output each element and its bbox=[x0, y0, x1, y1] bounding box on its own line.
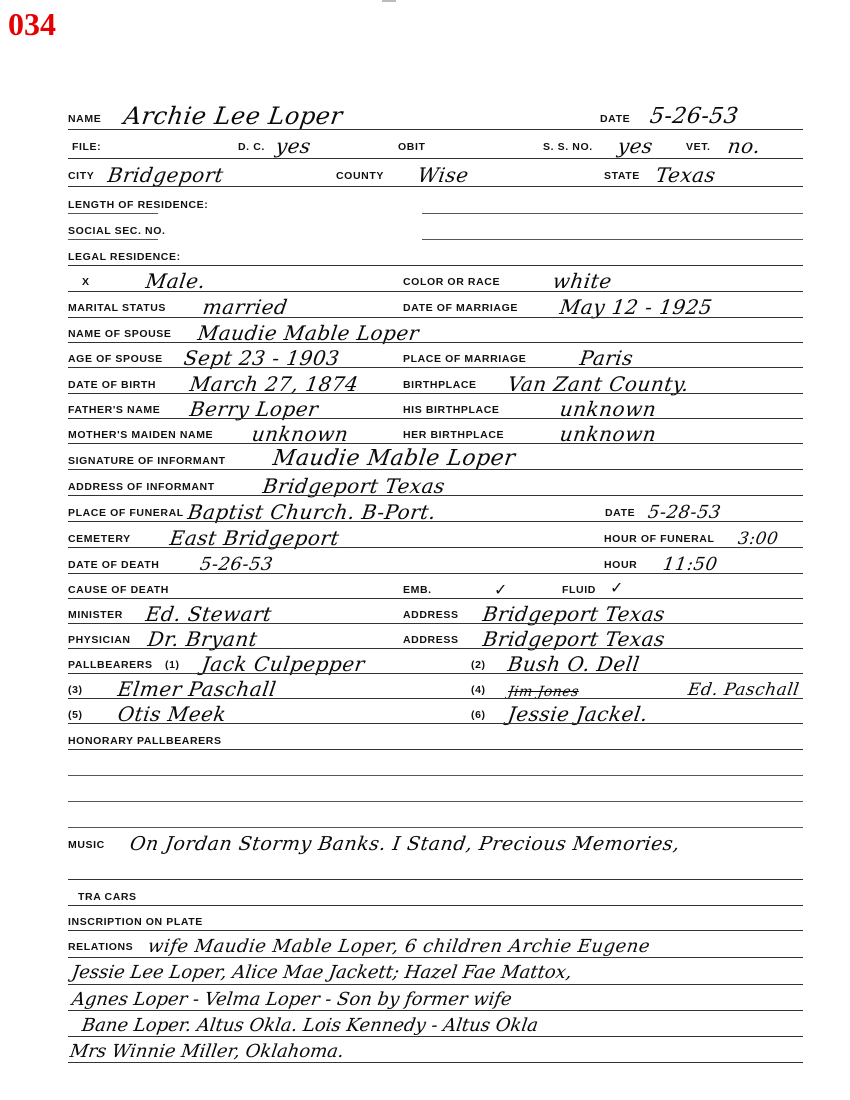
birthplace-label: BIRTHPLACE bbox=[403, 379, 477, 391]
relations-line-2: Jessie Lee Loper, Alice Mae Jackett; Haz… bbox=[71, 962, 574, 983]
row-marital: MARITAL STATUS married DATE OF MARRIAGE … bbox=[68, 295, 803, 317]
row-file: FILE: D. C. yes OBIT S. S. NO. yes VET. … bbox=[68, 134, 803, 156]
rule bbox=[68, 443, 803, 444]
row-city: CITY Bridgeport COUNTY Wise STATE Texas bbox=[68, 163, 803, 185]
rule bbox=[68, 598, 803, 599]
county-value: Wise bbox=[417, 165, 471, 185]
informant-address-label: ADDRESS OF INFORMANT bbox=[68, 481, 215, 493]
rule bbox=[68, 573, 803, 574]
rule bbox=[68, 879, 803, 880]
pallbearer-1-number: (1) bbox=[165, 659, 180, 671]
physician-address-value: Bridgeport Texas bbox=[482, 629, 667, 649]
informant-address-value: Bridgeport Texas bbox=[262, 476, 447, 496]
row-name: NAME Archie Lee Loper DATE 5-26-53 bbox=[68, 106, 803, 128]
obit-label: OBIT bbox=[398, 141, 425, 153]
pallbearer-2-number: (2) bbox=[471, 659, 486, 671]
pallbearer-5-name: Otis Meek bbox=[117, 704, 228, 724]
age-of-spouse-label: AGE OF SPOUSE bbox=[68, 353, 163, 365]
row-length-of-residence: LENGTH OF RESIDENCE: bbox=[68, 192, 803, 214]
pallbearer-6-name: Jessie Jackel. bbox=[507, 704, 650, 724]
rule bbox=[68, 521, 803, 522]
legal-residence-label: LEGAL RESIDENCE: bbox=[68, 251, 181, 263]
rule bbox=[68, 1036, 803, 1037]
his-birthplace-value: unknown bbox=[559, 399, 658, 419]
dc-label: D. C. bbox=[238, 141, 265, 153]
row-spouse: NAME OF SPOUSE Maudie Mable Loper bbox=[68, 321, 803, 343]
emb-check-mark: ✓ bbox=[494, 580, 507, 599]
row-pallbearers-5-6: (5) Otis Meek (6) Jessie Jackel. bbox=[68, 702, 803, 724]
rule bbox=[68, 418, 803, 419]
row-music: MUSIC On Jordan Stormy Banks. I Stand, P… bbox=[68, 832, 803, 854]
place-of-funeral-label: PLACE OF FUNERAL bbox=[68, 507, 184, 519]
rule bbox=[68, 1062, 803, 1063]
informant-signature-label: SIGNATURE OF INFORMANT bbox=[68, 455, 226, 467]
honorary-pallbearers-label: HONORARY PALLBEARERS bbox=[68, 735, 222, 747]
date-of-death-value: 5-26-53 bbox=[199, 556, 274, 574]
row-age-spouse: AGE OF SPOUSE Sept 23 - 1903 PLACE OF MA… bbox=[68, 346, 803, 368]
minister-address-label: ADDRESS bbox=[403, 609, 459, 621]
row-mother: MOTHER'S MAIDEN NAME unknown HER BIRTHPL… bbox=[68, 422, 803, 444]
rule bbox=[68, 749, 803, 750]
row-inscription: INSCRIPTION ON PLATE bbox=[68, 909, 803, 931]
row-pallbearers-1-2: PALLBEARERS (1) Jack Culpepper (2) Bush … bbox=[68, 652, 803, 674]
state-value: Texas bbox=[655, 165, 717, 185]
name-label: NAME bbox=[68, 113, 101, 125]
row-cemetery: CEMETERY East Bridgeport HOUR OF FUNERAL… bbox=[68, 526, 803, 548]
informant-signature-value: Maudie Mable Loper bbox=[271, 448, 516, 470]
hour-of-funeral-value: 3:00 bbox=[737, 531, 780, 548]
rule bbox=[68, 930, 803, 931]
pallbearer-3-name: Elmer Paschall bbox=[117, 679, 278, 699]
music-value: On Jordan Stormy Banks. I Stand, Preciou… bbox=[129, 835, 681, 854]
row-minister: MINISTER Ed. Stewart ADDRESS Bridgeport … bbox=[68, 602, 803, 624]
row-honorary-pallbearers: HONORARY PALLBEARERS bbox=[68, 728, 803, 750]
music-label: MUSIC bbox=[68, 839, 105, 851]
date-value: 5-26-53 bbox=[648, 106, 739, 128]
physician-value: Dr. Bryant bbox=[147, 629, 259, 649]
rule bbox=[68, 623, 803, 624]
sex-label: X bbox=[82, 276, 90, 288]
fluid-check-mark: ✓ bbox=[610, 578, 623, 597]
vet-label: VET. bbox=[686, 141, 711, 153]
name-value: Archie Lee Loper bbox=[122, 104, 344, 128]
pallbearer-5-number: (5) bbox=[68, 709, 83, 721]
rule bbox=[68, 648, 803, 649]
rule bbox=[68, 801, 803, 802]
relations-line-3: Agnes Loper - Velma Loper - Son by forme… bbox=[71, 989, 514, 1010]
row-legal-residence: LEGAL RESIDENCE: bbox=[68, 244, 803, 266]
row-relations: RELATIONS wife Maudie Mable Loper, 6 chi… bbox=[68, 934, 803, 956]
rule bbox=[68, 775, 803, 776]
marital-status-label: MARITAL STATUS bbox=[68, 302, 166, 314]
date-label: DATE bbox=[600, 113, 630, 125]
color-race-label: COLOR OR RACE bbox=[403, 276, 500, 288]
dc-value: yes bbox=[275, 136, 313, 156]
rule bbox=[68, 469, 803, 470]
rule bbox=[68, 698, 803, 699]
age-of-spouse-value: Sept 23 - 1903 bbox=[183, 348, 341, 368]
row-date-of-death: DATE OF DEATH 5-26-53 HOUR 11:50 bbox=[68, 552, 803, 574]
cemetery-value: East Bridgeport bbox=[169, 528, 341, 548]
city-label: CITY bbox=[68, 170, 94, 182]
minister-label: MINISTER bbox=[68, 609, 123, 621]
rule bbox=[68, 723, 803, 724]
pallbearer-3-number: (3) bbox=[68, 684, 83, 696]
rule bbox=[68, 957, 803, 958]
relations-line-4: Bane Loper. Altus Okla. Lois Kennedy - A… bbox=[81, 1015, 540, 1036]
date-of-birth-label: DATE OF BIRTH bbox=[68, 379, 156, 391]
marital-status-value: married bbox=[202, 297, 289, 317]
hour-of-funeral-label: HOUR OF FUNERAL bbox=[604, 533, 715, 545]
rule bbox=[68, 342, 803, 343]
file-label: FILE: bbox=[72, 141, 101, 153]
hour-label: HOUR bbox=[604, 559, 637, 571]
pallbearers-label: PALLBEARERS bbox=[68, 659, 153, 671]
rule bbox=[68, 186, 803, 187]
rule bbox=[422, 239, 803, 240]
row-funeral-place: PLACE OF FUNERAL Baptist Church. B-Port.… bbox=[68, 500, 803, 522]
emb-label: EMB. bbox=[403, 584, 432, 596]
rule bbox=[68, 547, 803, 548]
row-social-sec: SOCIAL SEC. NO. bbox=[68, 218, 803, 240]
rule bbox=[68, 393, 803, 394]
rule bbox=[68, 291, 803, 292]
sex-value: Male. bbox=[145, 271, 207, 291]
county-label: COUNTY bbox=[336, 170, 384, 182]
row-informant-address: ADDRESS OF INFORMANT Bridgeport Texas bbox=[68, 474, 803, 496]
mothers-maiden-name-label: MOTHER'S MAIDEN NAME bbox=[68, 429, 213, 441]
pallbearer-4-struck-name: Jim Jones bbox=[507, 685, 580, 699]
ss-no-value: yes bbox=[617, 136, 655, 156]
minister-value: Ed. Stewart bbox=[145, 604, 274, 624]
date-of-marriage-value: May 12 - 1925 bbox=[559, 297, 714, 317]
his-birthplace-label: HIS BIRTHPLACE bbox=[403, 404, 500, 416]
fluid-label: FLUID bbox=[562, 584, 596, 596]
row-father: FATHER'S NAME Berry Loper HIS BIRTHPLACE… bbox=[68, 397, 803, 419]
pallbearer-4-name: Ed. Paschall bbox=[687, 682, 801, 699]
rule bbox=[68, 213, 158, 214]
cemetery-label: CEMETERY bbox=[68, 533, 131, 545]
rule bbox=[68, 905, 803, 906]
spouse-value: Maudie Mable Loper bbox=[197, 323, 421, 343]
her-birthplace-label: HER BIRTHPLACE bbox=[403, 429, 504, 441]
rule bbox=[68, 158, 803, 159]
color-race-value: white bbox=[552, 271, 614, 291]
vet-value: no. bbox=[727, 136, 762, 156]
ss-no-label: S. S. NO. bbox=[543, 141, 593, 153]
physician-label: PHYSICIAN bbox=[68, 634, 131, 646]
relations-label: RELATIONS bbox=[68, 941, 133, 953]
hour-value: 11:50 bbox=[662, 556, 719, 574]
fathers-name-value: Berry Loper bbox=[189, 399, 320, 419]
social-sec-label: SOCIAL SEC. NO. bbox=[68, 225, 166, 237]
rule bbox=[68, 1010, 803, 1011]
rule bbox=[68, 317, 803, 318]
cause-of-death-label: CAUSE OF DEATH bbox=[68, 584, 169, 596]
state-label: STATE bbox=[604, 170, 640, 182]
row-dob: DATE OF BIRTH March 27, 1874 BIRTHPLACE … bbox=[68, 372, 803, 394]
inscription-label: INSCRIPTION ON PLATE bbox=[68, 916, 203, 928]
rule bbox=[68, 495, 803, 496]
row-physician: PHYSICIAN Dr. Bryant ADDRESS Bridgeport … bbox=[68, 627, 803, 649]
funeral-date-value: 5-28-53 bbox=[647, 504, 722, 522]
rule bbox=[422, 213, 803, 214]
minister-address-value: Bridgeport Texas bbox=[482, 604, 667, 624]
birthplace-value: Van Zant County. bbox=[507, 374, 691, 394]
physician-address-label: ADDRESS bbox=[403, 634, 459, 646]
length-of-residence-label: LENGTH OF RESIDENCE: bbox=[68, 199, 208, 211]
fathers-name-label: FATHER'S NAME bbox=[68, 404, 160, 416]
row-pallbearers-3-4: (3) Elmer Paschall (4) Jim Jones Ed. Pas… bbox=[68, 677, 803, 699]
relations-line-1: wife Maudie Mable Loper, 6 children Arch… bbox=[147, 938, 652, 956]
pallbearer-2-name: Bush O. Dell bbox=[507, 654, 641, 674]
rule bbox=[68, 367, 803, 368]
rule bbox=[68, 265, 803, 266]
row-cause-of-death: CAUSE OF DEATH EMB. ✓ FLUID ✓ bbox=[68, 577, 803, 599]
rule bbox=[68, 827, 803, 828]
relations-line-5: Mrs Winnie Miller, Oklahoma. bbox=[69, 1041, 346, 1062]
pallbearer-6-number: (6) bbox=[471, 709, 486, 721]
city-value: Bridgeport bbox=[107, 165, 225, 185]
rule bbox=[68, 984, 803, 985]
rule bbox=[68, 239, 158, 240]
row-informant-signature: SIGNATURE OF INFORMANT Maudie Mable Lope… bbox=[68, 448, 803, 470]
place-of-marriage-label: PLACE OF MARRIAGE bbox=[403, 353, 526, 365]
funeral-date-label: DATE bbox=[605, 507, 635, 519]
row-extra-cars: TRA CARS bbox=[68, 884, 803, 906]
date-of-death-label: DATE OF DEATH bbox=[68, 559, 159, 571]
extra-cars-label: TRA CARS bbox=[78, 891, 137, 903]
place-of-funeral-value: Baptist Church. B-Port. bbox=[187, 502, 438, 522]
date-of-birth-value: March 27, 1874 bbox=[189, 374, 360, 394]
pallbearer-4-number: (4) bbox=[471, 684, 486, 696]
date-of-marriage-label: DATE OF MARRIAGE bbox=[403, 302, 518, 314]
her-birthplace-value: unknown bbox=[559, 424, 658, 444]
spouse-label: NAME OF SPOUSE bbox=[68, 328, 172, 340]
row-sex: X Male. COLOR OR RACE white bbox=[68, 269, 803, 291]
pallbearer-1-name: Jack Culpepper bbox=[201, 654, 367, 674]
mothers-maiden-name-value: unknown bbox=[251, 424, 350, 444]
funeral-record-form: NAME Archie Lee Loper DATE 5-26-53 FILE:… bbox=[0, 0, 850, 1100]
rule bbox=[68, 129, 803, 130]
rule bbox=[68, 673, 803, 674]
place-of-marriage-value: Paris bbox=[579, 348, 635, 368]
